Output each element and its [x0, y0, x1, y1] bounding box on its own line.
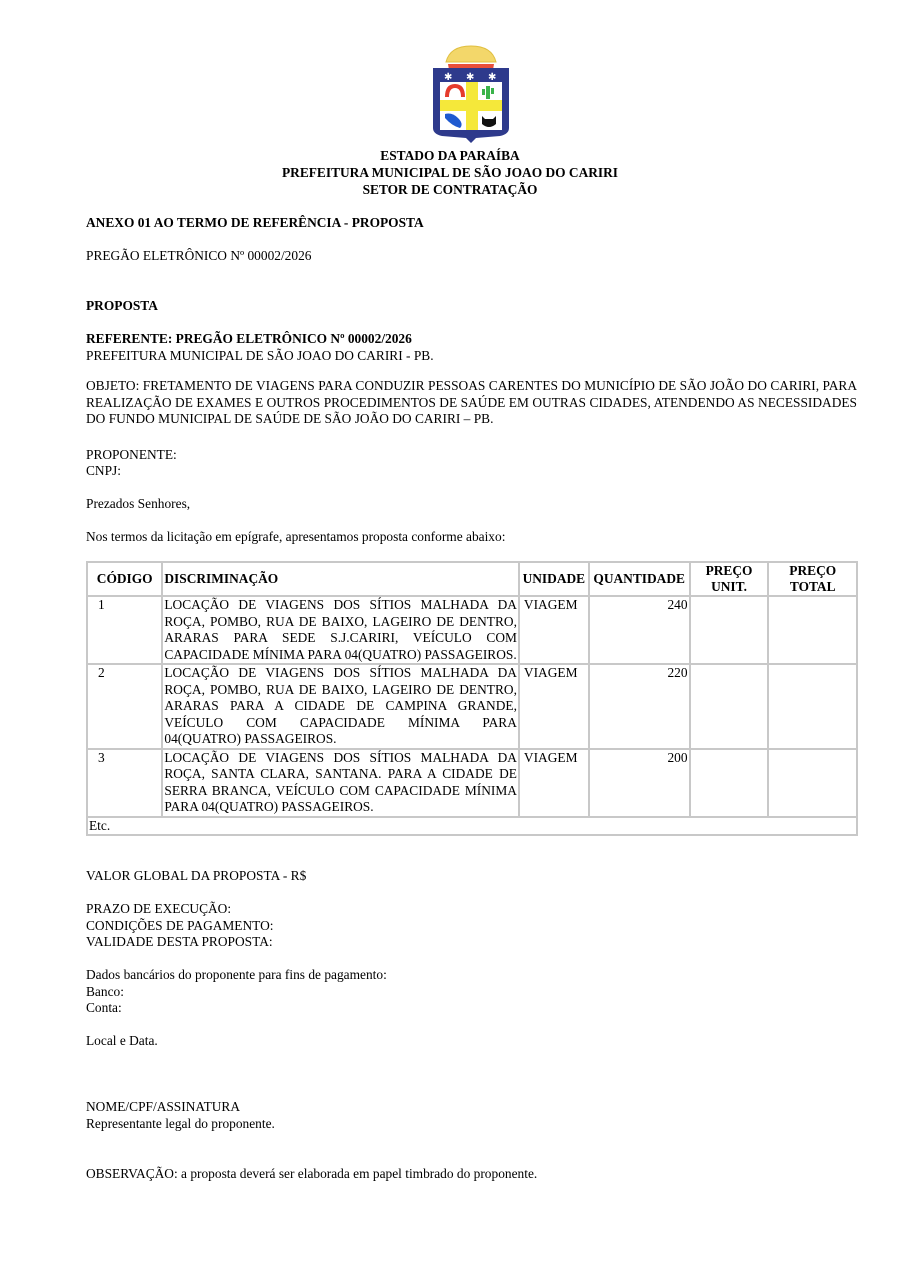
cell-discriminacao: LOCAÇÃO DE VIAGENS DOS SÍTIOS MALHADA DA…	[162, 596, 519, 664]
cell-discriminacao: LOCAÇÃO DE VIAGENS DOS SÍTIOS MALHADA DA…	[162, 749, 519, 817]
col-codigo: CÓDIGO	[87, 562, 162, 596]
pregao-number: PREGÃO ELETRÔNICO Nº 00002/2026	[86, 247, 311, 264]
banco-label: Banco:	[86, 983, 124, 1000]
table-footer-row: Etc.	[87, 817, 857, 836]
cell-quantidade: 200	[589, 749, 690, 817]
cell-preco-unit[interactable]	[690, 749, 769, 817]
proposal-table: CÓDIGO DISCRIMINAÇÃO UNIDADE QUANTIDADE …	[86, 561, 858, 836]
referente: REFERENTE: PREGÃO ELETRÔNICO Nº 00002/20…	[86, 330, 412, 347]
annex-title: ANEXO 01 AO TERMO DE REFERÊNCIA - PROPOS…	[86, 214, 424, 231]
svg-text:✱: ✱	[444, 72, 452, 83]
cell-unidade: VIAGEM	[519, 664, 589, 749]
cell-codigo: 2	[87, 664, 162, 749]
condicoes-pagamento: CONDIÇÕES DE PAGAMENTO:	[86, 917, 274, 934]
col-quantidade: QUANTIDADE	[589, 562, 690, 596]
header-prefeitura: PREFEITURA MUNICIPAL DE SÃO JOAO DO CARI…	[0, 164, 900, 181]
assinatura-label: NOME/CPF/ASSINATURA	[86, 1098, 240, 1115]
cnpj-label: CNPJ:	[86, 462, 121, 479]
cell-preco-total[interactable]	[768, 749, 857, 817]
observacao: OBSERVAÇÃO: a proposta deverá ser elabor…	[86, 1165, 537, 1182]
prefeitura-line: PREFEITURA MUNICIPAL DE SÃO JOAO DO CARI…	[86, 347, 434, 364]
validade-proposta: VALIDADE DESTA PROPOSTA:	[86, 933, 273, 950]
col-discriminacao: DISCRIMINAÇÃO	[162, 562, 519, 596]
cell-preco-unit[interactable]	[690, 596, 769, 664]
cell-discriminacao: LOCAÇÃO DE VIAGENS DOS SÍTIOS MALHADA DA…	[162, 664, 519, 749]
cell-preco-unit[interactable]	[690, 664, 769, 749]
proposta-title: PROPOSTA	[86, 297, 158, 314]
cell-unidade: VIAGEM	[519, 749, 589, 817]
local-data: Local e Data.	[86, 1032, 158, 1049]
svg-text:✱: ✱	[466, 72, 474, 83]
cell-codigo: 3	[87, 749, 162, 817]
col-unidade: UNIDADE	[519, 562, 589, 596]
dados-bancarios: Dados bancários do proponente para fins …	[86, 966, 387, 983]
svg-text:✱: ✱	[488, 72, 496, 83]
valor-global: VALOR GLOBAL DA PROPOSTA - R$	[86, 867, 306, 884]
table-row: 2 LOCAÇÃO DE VIAGENS DOS SÍTIOS MALHADA …	[87, 664, 857, 749]
header-setor: SETOR DE CONTRATAÇÃO	[0, 181, 900, 198]
prazo-execucao: PRAZO DE EXECUÇÃO:	[86, 900, 231, 917]
proponente-label: PROPONENTE:	[86, 446, 177, 463]
intro-text: Nos termos da licitação em epígrafe, apr…	[86, 528, 505, 545]
cell-etc: Etc.	[87, 817, 857, 836]
col-preco-total: PREÇO TOTAL	[768, 562, 857, 596]
cell-unidade: VIAGEM	[519, 596, 589, 664]
municipal-crest-icon: ✱ ✱ ✱	[430, 44, 512, 144]
cell-quantidade: 240	[589, 596, 690, 664]
conta-label: Conta:	[86, 999, 122, 1016]
col-preco-unit: PREÇO UNIT.	[690, 562, 769, 596]
table-row: 1 LOCAÇÃO DE VIAGENS DOS SÍTIOS MALHADA …	[87, 596, 857, 664]
representante-label: Representante legal do proponente.	[86, 1115, 275, 1132]
table-header-row: CÓDIGO DISCRIMINAÇÃO UNIDADE QUANTIDADE …	[87, 562, 857, 596]
cell-quantidade: 220	[589, 664, 690, 749]
table-row: 3 LOCAÇÃO DE VIAGENS DOS SÍTIOS MALHADA …	[87, 749, 857, 817]
cell-preco-total[interactable]	[768, 664, 857, 749]
cell-preco-total[interactable]	[768, 596, 857, 664]
cell-codigo: 1	[87, 596, 162, 664]
header-state: ESTADO DA PARAÍBA	[0, 147, 900, 164]
objeto-paragraph: OBJETO: FRETAMENTO DE VIAGENS PARA CONDU…	[86, 378, 857, 428]
greeting: Prezados Senhores,	[86, 495, 190, 512]
